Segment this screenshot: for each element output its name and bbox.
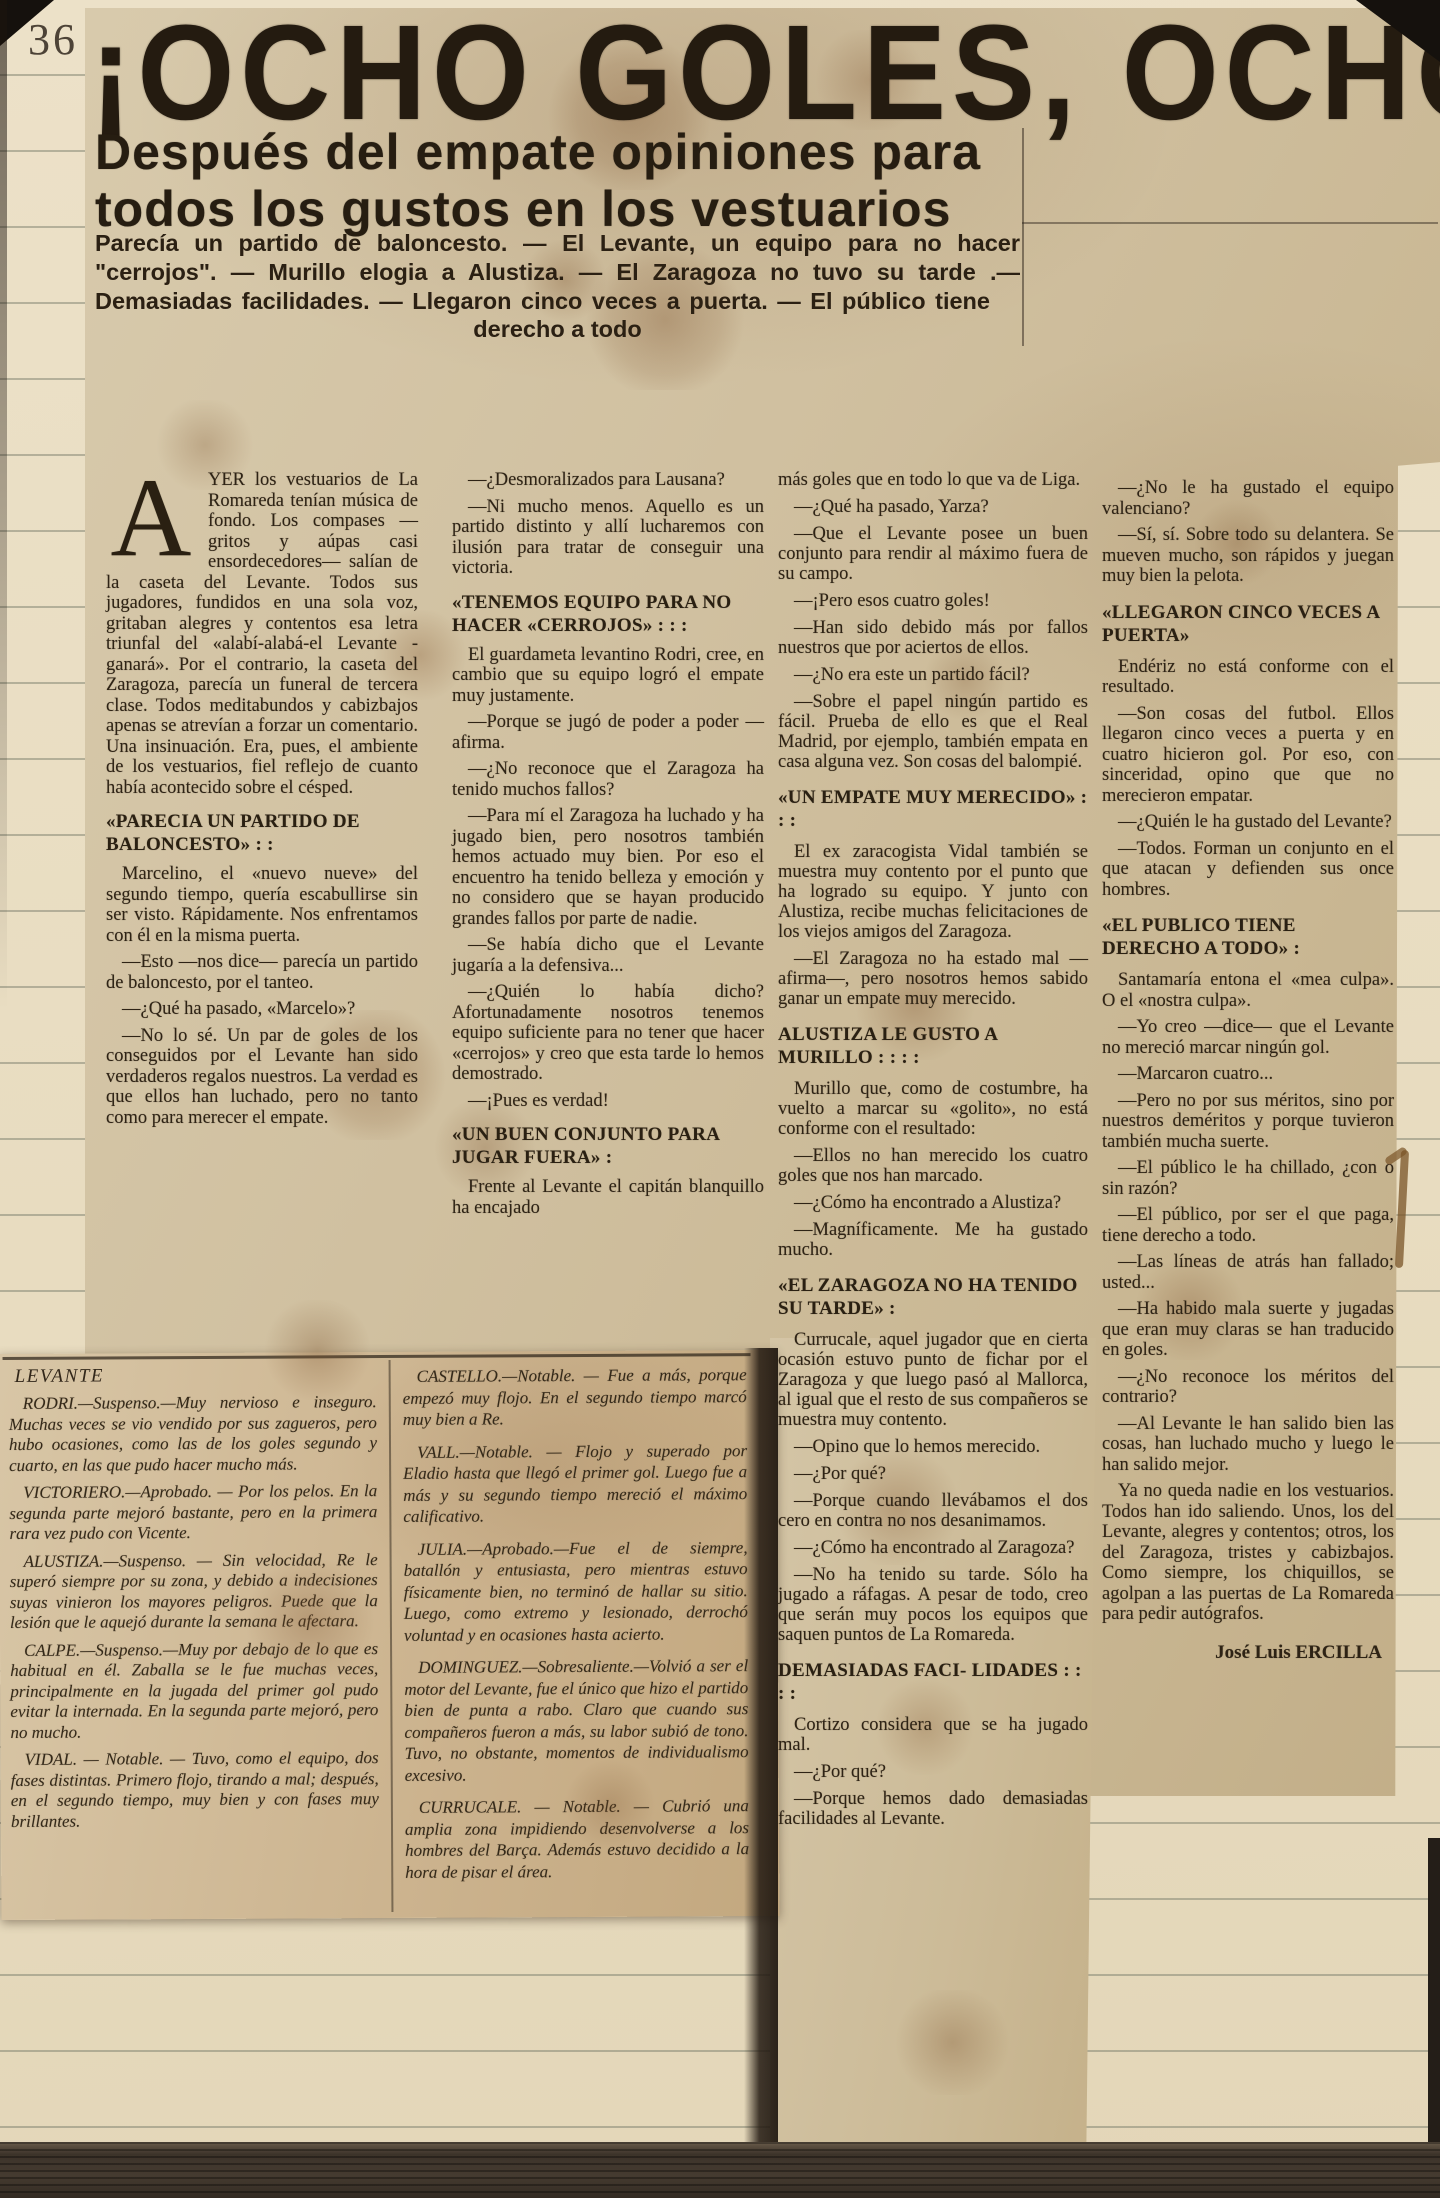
article-paragraph: —El público, por ser el que paga, tiene …: [1102, 1205, 1394, 1246]
article-paragraph: —Son cosas del futbol. Ellos llegaron ci…: [1102, 704, 1394, 807]
article-paragraph: —¿Quién le ha gustado del Levante?: [1102, 812, 1394, 833]
article-paragraph: —Todos. Forman un conjunto en el que ata…: [1102, 839, 1394, 901]
page-number: 36: [28, 14, 78, 65]
article-paragraph: —¿Cómo ha encontrado a Alustiza?: [778, 1193, 1088, 1213]
section-header: «EL PUBLICO TIENE DERECHO A TODO» :: [1102, 914, 1394, 960]
article-column-3: más goles que en todo lo que va de Liga.…: [778, 470, 1088, 1836]
lead-last-line: derecho a todo: [95, 316, 1020, 343]
article-paragraph: —Esto —nos dice— parecía un partido de b…: [106, 952, 418, 993]
rating-item: ALUSTIZA.—Suspenso. — Sin velocidad, Re …: [10, 1550, 378, 1634]
scrapbook-page: 36 ¡OCHO GOLES, OCHO! Después del empate…: [0, 0, 1440, 2198]
rating-item: VIDAL. — Notable. — Tuvo, como el equipo…: [11, 1748, 379, 1832]
article-paragraph: —¿No reconoce que el Zaragoza ha tenido …: [452, 759, 764, 800]
article-column-4: —¿No le ha gustado el equipo valenciano?…: [1102, 478, 1394, 1669]
section-header: «LLEGARON CINCO VECES A PUERTA»: [1102, 601, 1394, 647]
article-paragraph: —Las líneas de atrás han fallado; usted.…: [1102, 1252, 1394, 1293]
article-paragraph: —Porque cuando llevábamos el dos cero en…: [778, 1491, 1088, 1531]
article-paragraph: —¿Por qué?: [778, 1464, 1088, 1484]
section-header: ALUSTIZA LE GUSTO A MURILLO : : : :: [778, 1023, 1088, 1069]
page-left-edge-shadow: [0, 0, 7, 1010]
rating-item: DOMINGUEZ.—Sobresaliente.—Volvió a ser e…: [404, 1655, 749, 1786]
drop-cap: A: [100, 474, 202, 566]
article-paragraph: Murillo que, como de costumbre, ha vuelt…: [778, 1079, 1088, 1139]
article-paragraph: —¿No le ha gustado el equipo valenciano?: [1102, 478, 1394, 519]
rating-item: CURRUCALE. — Notable. — Cubrió una ampli…: [405, 1795, 749, 1883]
subheadline-line-1: Después del empate opiniones para: [95, 124, 981, 181]
article-paragraph: Marcelino, el «nuevo nueve» del segundo …: [106, 864, 418, 946]
rating-item: VALL.—Notable. — Flojo y superado por El…: [403, 1440, 747, 1528]
article-paragraph: —Para mí el Zaragoza ha luchado y ha jug…: [452, 806, 764, 929]
rating-item: RODRI.—Suspenso.—Muy nervioso e inseguro…: [9, 1392, 377, 1476]
article-paragraph: Cortizo considera que se ha jugado mal.: [778, 1715, 1088, 1755]
article-paragraph: —Opino que lo hemos merecido.: [778, 1437, 1088, 1457]
article-paragraph: —¿Quién lo había dicho? Afortunadamente …: [452, 982, 764, 1085]
article-paragraph: —Han sido debido más por fallos nuestros…: [778, 618, 1088, 658]
article-paragraph: Ya no queda nadie en los vestuarios. Tod…: [1102, 1481, 1394, 1625]
article-paragraph: El ex zaracogista Vidal también se muest…: [778, 842, 1088, 942]
article-paragraph: —No ha tenido su tarde. Sólo ha jugado a…: [778, 1565, 1088, 1645]
subheadline: Después del empate opiniones para todos …: [95, 124, 981, 238]
article-paragraph: —El público le ha chillado, ¿con o sin r…: [1102, 1158, 1394, 1199]
vertical-rule: [1022, 128, 1024, 346]
article-paragraph: —Yo creo —dice— que el Levante no mereci…: [1102, 1017, 1394, 1058]
article-paragraph: —¿Qué ha pasado, «Marcelo»?: [106, 999, 418, 1020]
article-paragraph: —¿No era este un partido fácil?: [778, 665, 1088, 685]
article-paragraph: —Magníficamente. Me ha gustado mucho.: [778, 1220, 1088, 1260]
article-paragraph: —Sobre el papel ningún partido es fácil.…: [778, 692, 1088, 772]
byline: José Luis ERCILLA: [1102, 1643, 1394, 1664]
rating-item: VICTORIERO.—Aprobado. — Por los pelos. E…: [9, 1481, 377, 1544]
section-header: DEMASIADAS FACI- LIDADES : : : :: [778, 1659, 1088, 1705]
article-paragraph: Currucale, aquel jugador que en cierta o…: [778, 1330, 1088, 1430]
rating-item: CASTELLO.—Notable. — Fue a más, porque e…: [403, 1364, 747, 1430]
article-paragraph: —Ellos no han merecido los cuatro goles …: [778, 1146, 1088, 1186]
article-paragraph: El guardameta levantino Rodri, cree, en …: [452, 645, 764, 707]
headline: ¡OCHO GOLES, OCHO!: [90, 16, 1386, 128]
article-paragraph: —Pero no por sus méritos, sino por nuest…: [1102, 1091, 1394, 1153]
article-paragraph: —El Zaragoza no ha estado mal —afirma—, …: [778, 949, 1088, 1009]
ratings-column-right: CASTELLO.—Notable. — Fue a más, porque e…: [403, 1364, 750, 1894]
article-paragraph: —Ni mucho menos. Aquello es un partido d…: [452, 497, 764, 579]
article-paragraph: Santamaría entona el «mea culpa». O el «…: [1102, 970, 1394, 1011]
ratings-title: LEVANTE: [15, 1365, 104, 1387]
horizontal-rule: [1022, 222, 1438, 224]
clipping-gap-shadow: [744, 1348, 778, 2158]
article-paragraph: —¿Cómo ha encontrado al Zaragoza?: [778, 1538, 1088, 1558]
article-paragraph: AYER los vestuarios de La Romareda tenía…: [106, 470, 418, 798]
article-paragraph: —No lo sé. Un par de goles de los conseg…: [106, 1026, 418, 1129]
rating-item: JULIA.—Aprobado.—Fue el de siempre, bata…: [403, 1537, 748, 1646]
article-paragraph: —Marcaron cuatro...: [1102, 1064, 1394, 1085]
article-paragraph: —¿Desmoralizados para Lausana?: [452, 470, 764, 491]
newspaper-clipping-ratings: LEVANTE RODRI.—Suspenso.—Muy nervioso e …: [0, 1350, 779, 1920]
article-column-2: —¿Desmoralizados para Lausana?—Ni mucho …: [452, 470, 764, 1224]
article-paragraph: Frente al Levante el capitán blanquillo …: [452, 1177, 764, 1218]
article-paragraph: —Sí, sí. Sobre todo su delantera. Se mue…: [1102, 525, 1394, 587]
article-paragraph: —Porque se jugó de poder a poder —afirma…: [452, 712, 764, 753]
article-paragraph: —Que el Levante posee un buen conjunto p…: [778, 524, 1088, 584]
section-header: «PARECIA UN PARTIDO DE BALONCESTO» : :: [106, 810, 418, 856]
article-paragraph: —¡Pero esos cuatro goles!: [778, 591, 1088, 611]
article-paragraph: —¡Pues es verdad!: [452, 1091, 764, 1112]
article-column-1: AYER los vestuarios de La Romareda tenía…: [106, 470, 418, 1134]
rating-item: CALPE.—Suspenso.—Muy por debajo de lo qu…: [10, 1639, 379, 1743]
section-header: «UN BUEN CONJUNTO PARA JUGAR FUERA» :: [452, 1123, 764, 1169]
section-header: «TENEMOS EQUIPO PARA NO HACER «CERROJOS»…: [452, 591, 764, 637]
article-paragraph: —Porque hemos dado demasiadas facilidade…: [778, 1789, 1088, 1829]
ratings-column-left: RODRI.—Suspenso.—Muy nervioso e inseguro…: [9, 1392, 379, 1839]
article-paragraph: —Ha habido mala suerte y jugadas que era…: [1102, 1299, 1394, 1361]
article-paragraph: —¿No reconoce los méritos del contrario?: [1102, 1367, 1394, 1408]
article-paragraph: más goles que en todo lo que va de Liga.: [778, 470, 1088, 490]
article-paragraph: —¿Por qué?: [778, 1762, 1088, 1782]
article-paragraph: Endériz no está conforme con el resultad…: [1102, 657, 1394, 698]
article-paragraph: —¿Qué ha pasado, Yarza?: [778, 497, 1088, 517]
article-paragraph: —Se había dicho que el Levante jugaría a…: [452, 935, 764, 976]
book-binding-band: [0, 2142, 1440, 2198]
lead-paragraph: Parecía un partido de baloncesto. — El L…: [95, 229, 1020, 316]
section-header: «UN EMPATE MUY MERECIDO» : : :: [778, 786, 1088, 832]
article-paragraph: —Al Levante le han salido bien las cosas…: [1102, 1414, 1394, 1476]
section-header: «EL ZARAGOZA NO HA TENIDO SU TARDE» :: [778, 1274, 1088, 1320]
